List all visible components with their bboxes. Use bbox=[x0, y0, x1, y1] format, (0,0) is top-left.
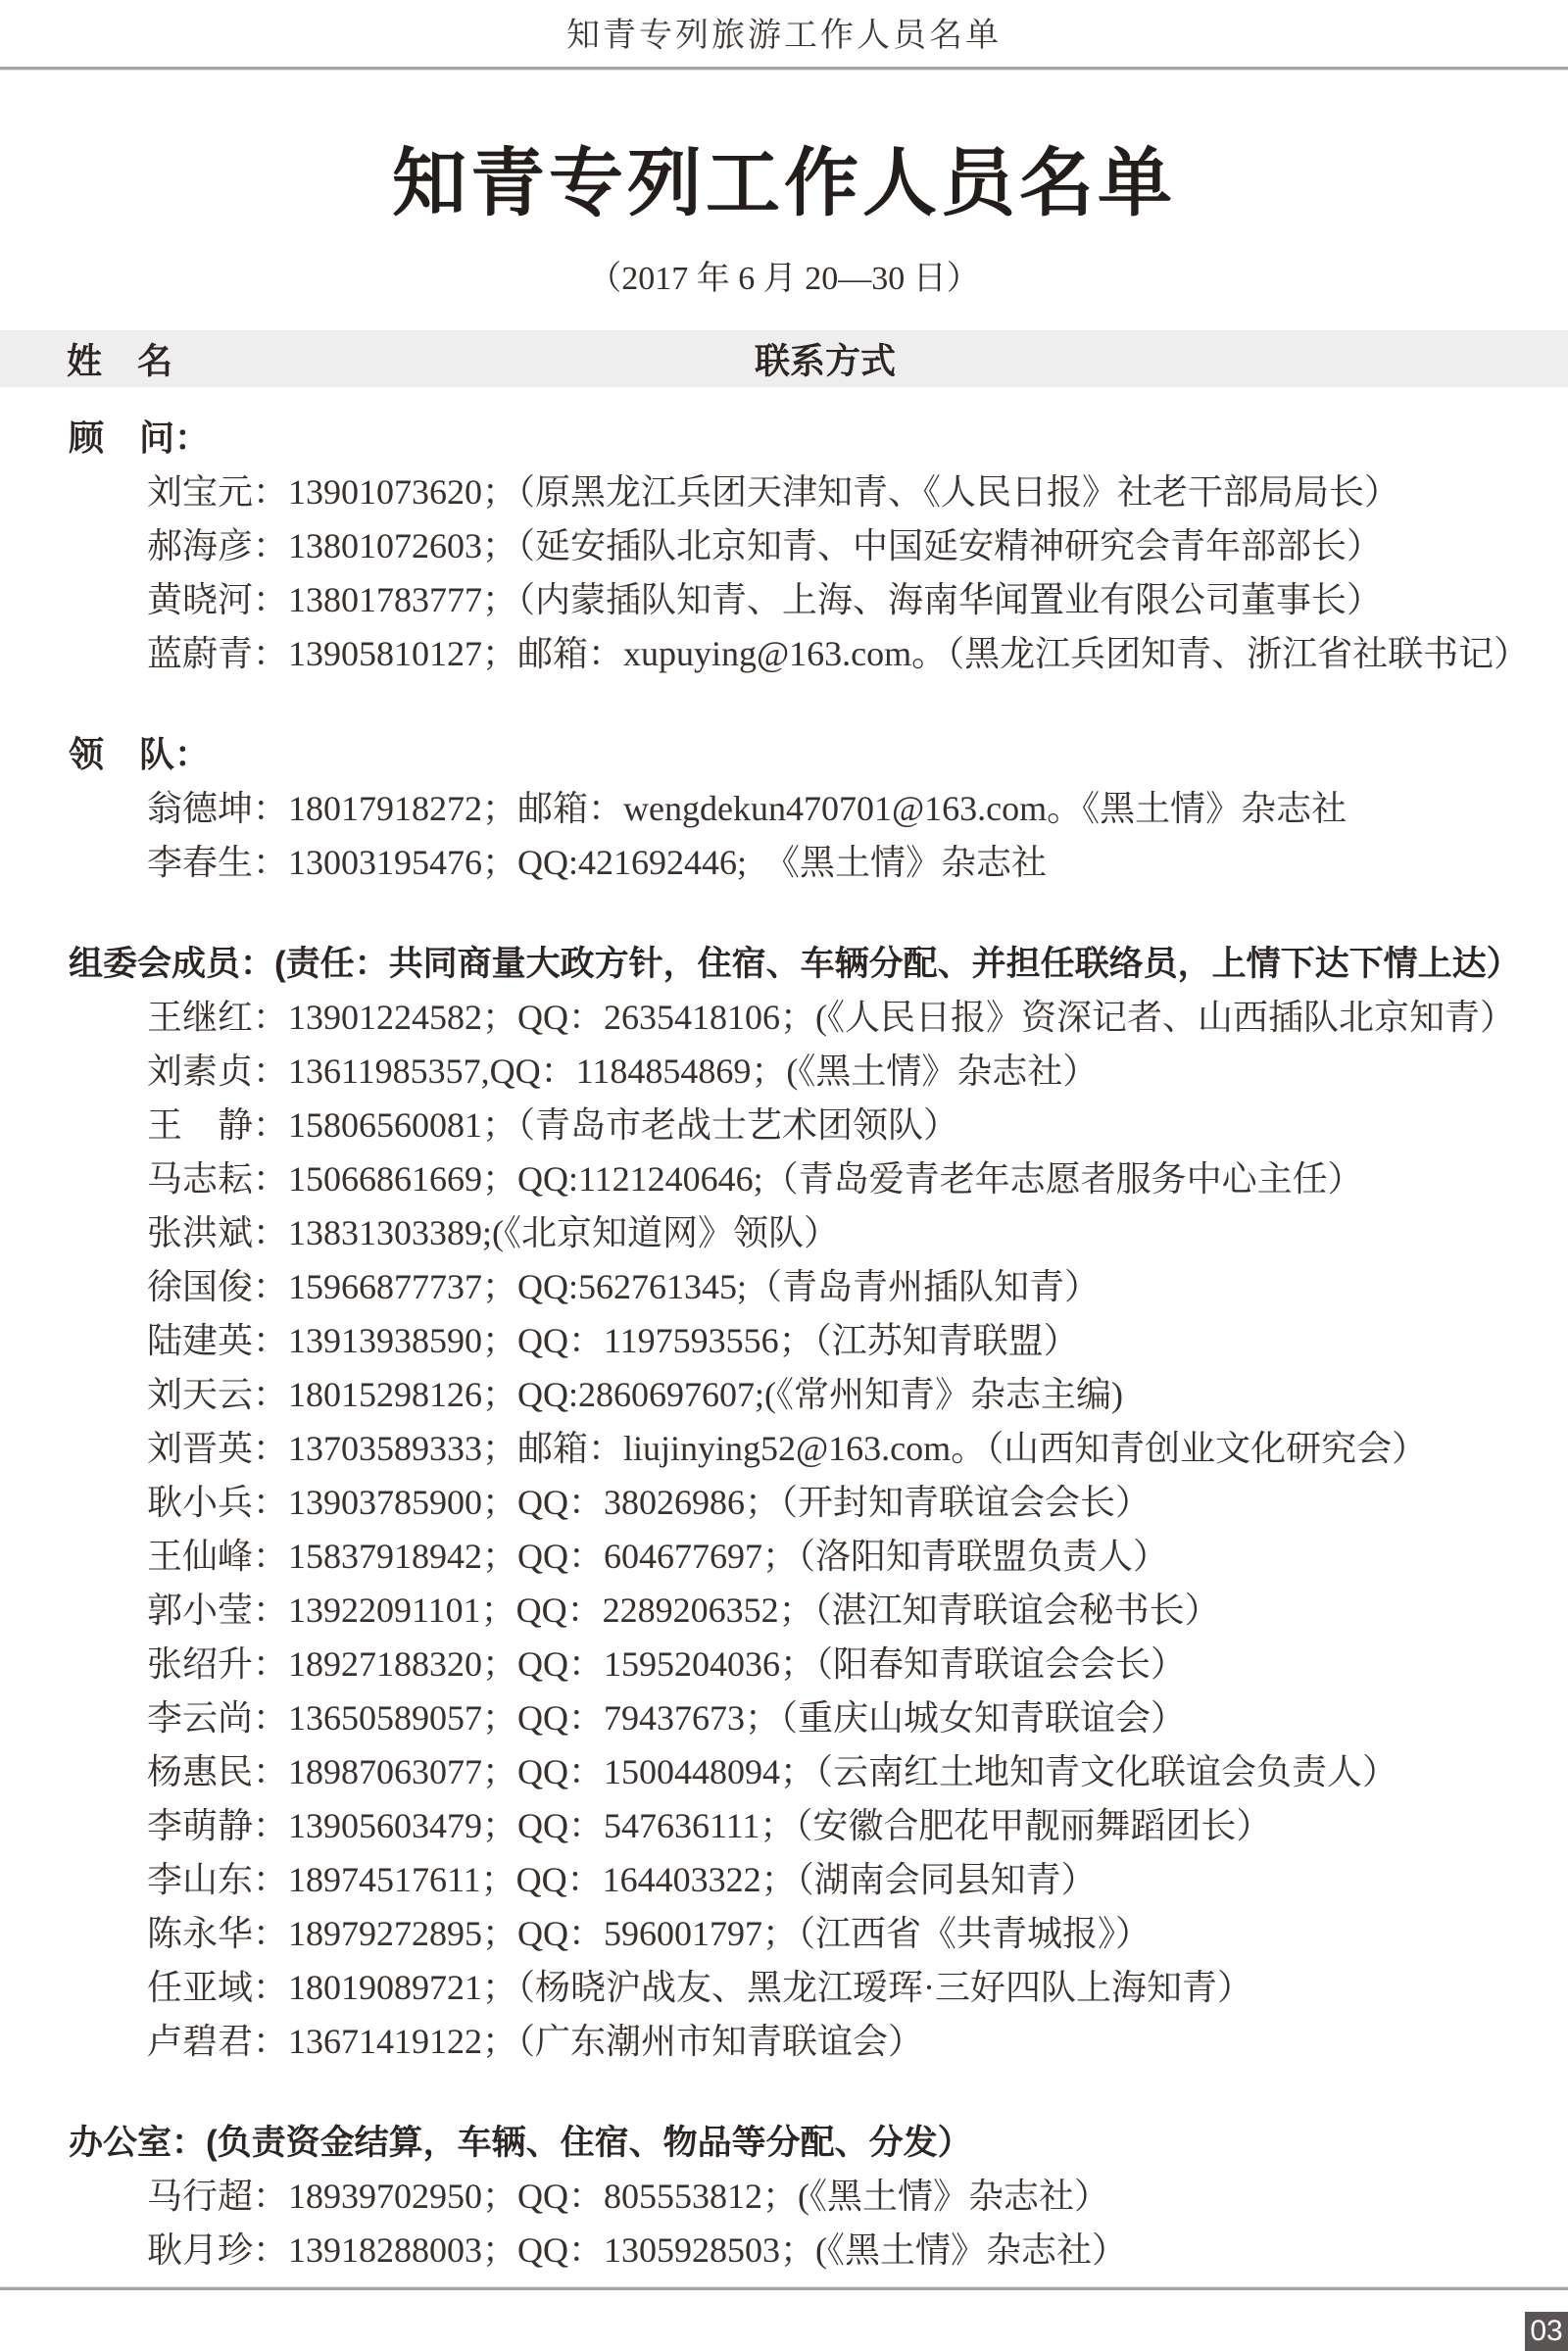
roster-row: 陆建英：13913938590；QQ：1197593556；（江苏知青联盟） bbox=[0, 1311, 1568, 1365]
roster-row: 陈永华：18979272895；QQ：596001797；（江西省《共青城报》） bbox=[0, 1904, 1568, 1958]
roster-row: 黄晓河：13801783777；（内蒙插队知青、上海、海南华闻置业有限公司董事长… bbox=[0, 570, 1568, 624]
roster-row: 卢碧君：13671419122；（广东潮州市知青联谊会） bbox=[0, 2012, 1568, 2066]
section-heading: 领 队： bbox=[0, 725, 1568, 779]
roster-row: 刘素贞：13611985357,QQ：1184854869；(《黑土情》杂志社） bbox=[0, 1042, 1568, 1096]
page-subtitle: （2017 年 6 月 20—30 日） bbox=[0, 251, 1568, 299]
footer-rule bbox=[0, 2286, 1568, 2290]
table-header-bar: 姓 名 联系方式 bbox=[0, 330, 1568, 387]
roster-section: 办公室：(负责资金结算，车辆、住宿、物品等分配、分发）马行超：189397029… bbox=[0, 2113, 1568, 2275]
column-header-name: 姓 名 bbox=[67, 334, 172, 384]
column-header-contact: 联系方式 bbox=[755, 334, 896, 384]
roster-row: 刘晋英：13703589333；邮箱：liujinying52@163.com。… bbox=[0, 1419, 1568, 1473]
roster-row: 蓝蔚青：13905810127；邮箱：xupuying@163.com。（黑龙江… bbox=[0, 624, 1568, 678]
roster-row: 刘天云：18015298126；QQ:2860697607;(《常州知青》杂志主… bbox=[0, 1365, 1568, 1419]
page-title: 知青专列工作人员名单 bbox=[0, 145, 1568, 223]
roster-row: 郝海彦：13801072603；（延安插队北京知青、中国延安精神研究会青年部部长… bbox=[0, 516, 1568, 570]
roster-list: 顾 问：刘宝元：13901073620；（原黑龙江兵团天津知青、《人民日报》社老… bbox=[0, 387, 1568, 2275]
roster-row: 马志耘：15066861669；QQ:1121240646;（青岛爱青老年志愿者… bbox=[0, 1150, 1568, 1203]
page-number: 03 bbox=[1530, 2315, 1562, 2348]
section-heading: 组委会成员：(责任：共同商量大政方针，住宿、车辆分配、并担任联络员，上情下达下情… bbox=[0, 934, 1568, 988]
header-rule bbox=[0, 67, 1568, 71]
roster-row: 李云尚：13650589057；QQ：79437673；（重庆山城女知青联谊会） bbox=[0, 1689, 1568, 1742]
section-heading: 办公室：(负责资金结算，车辆、住宿、物品等分配、分发） bbox=[0, 2113, 1568, 2167]
roster-row: 李春生：13003195476；QQ:421692446; 《黑土情》杂志社 bbox=[0, 833, 1568, 887]
roster-row: 耿月珍：13918288003；QQ：1305928503；(《黑土情》杂志社） bbox=[0, 2221, 1568, 2275]
roster-section: 领 队：翁德坤：18017918272；邮箱：wengdekun470701@1… bbox=[0, 725, 1568, 887]
roster-row: 张绍升：18927188320；QQ：1595204036；（阳春知青联谊会会长… bbox=[0, 1635, 1568, 1689]
roster-row: 李萌静：13905603479；QQ：547636111；（安徽合肥花甲靓丽舞蹈… bbox=[0, 1796, 1568, 1850]
roster-row: 李山东：18974517611；QQ：164403322；（湖南会同县知青） bbox=[0, 1850, 1568, 1904]
roster-row: 王 静：15806560081；（青岛市老战士艺术团领队） bbox=[0, 1096, 1568, 1150]
roster-row: 杨惠民：18987063077；QQ：1500448094；（云南红土地知青文化… bbox=[0, 1742, 1568, 1796]
roster-row: 马行超：18939702950；QQ：805553812；(《黑土情》杂志社） bbox=[0, 2167, 1568, 2221]
roster-row: 耿小兵：13903785900；QQ：38026986；（开封知青联谊会会长） bbox=[0, 1473, 1568, 1527]
roster-section: 组委会成员：(责任：共同商量大政方针，住宿、车辆分配、并担任联络员，上情下达下情… bbox=[0, 934, 1568, 2066]
roster-row: 徐国俊：15966877737；QQ:562761345;（青岛青州插队知青） bbox=[0, 1257, 1568, 1311]
roster-row: 翁德坤：18017918272；邮箱：wengdekun470701@163.c… bbox=[0, 779, 1568, 833]
roster-section: 顾 问：刘宝元：13901073620；（原黑龙江兵团天津知青、《人民日报》社老… bbox=[0, 409, 1568, 678]
roster-row: 刘宝元：13901073620；（原黑龙江兵团天津知青、《人民日报》社老干部局局… bbox=[0, 463, 1568, 516]
page-number-badge: 03 bbox=[1525, 2312, 1568, 2351]
roster-row: 郭小莹：13922091101；QQ：2289206352；（湛江知青联谊会秘书… bbox=[0, 1581, 1568, 1635]
roster-row: 王仙峰：15837918942；QQ：604677697；（洛阳知青联盟负责人） bbox=[0, 1527, 1568, 1581]
roster-row: 任亚域：18019089721；（杨晓沪战友、黑龙江瑷珲·三好四队上海知青） bbox=[0, 1958, 1568, 2012]
section-heading: 顾 问： bbox=[0, 409, 1568, 463]
running-header: 知青专列旅游工作人员名单 bbox=[0, 8, 1568, 56]
roster-row: 张洪斌：13831303389;(《北京知道网》领队） bbox=[0, 1203, 1568, 1257]
roster-row: 王继红：13901224582；QQ：2635418106；(《人民日报》资深记… bbox=[0, 988, 1568, 1042]
